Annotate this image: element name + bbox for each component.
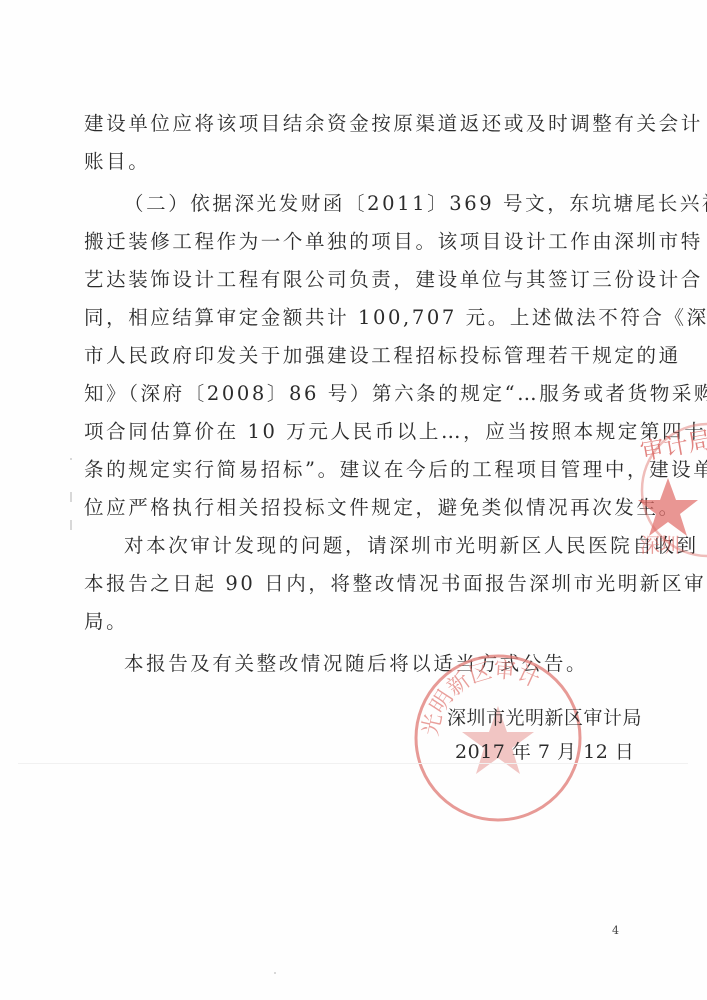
body-line-2: 账目。 [84,150,150,174]
paragraph-3-line-3: 局。 [84,610,128,634]
paragraph-2-line-2: 搬迁装修工程作为一个单独的项目。该项目设计工作由深圳市特 [84,230,703,254]
paragraph-4-line-1: 本报告及有关整改情况随后将以适当方式公告。 [124,652,588,676]
scan-artifact [274,972,276,974]
document-page: 建设单位应将该项目结余资金按原渠道返还或及时调整有关会计 账目。 （二）依据深光… [0,0,707,1000]
paragraph-2-line-3: 艺达装饰设计工程有限公司负责，建设单位与其签订三份设计合 [84,268,703,292]
scan-fold-line [18,763,688,764]
scan-artifact [70,520,72,530]
paragraph-2-line-8: 条的规定实行简易招标”。建议在今后的工程项目管理中，建设单 [84,458,707,482]
paragraph-2-line-9: 位应严格执行相关招投标文件规定，避免类似情况再次发生。 [84,496,681,520]
issue-date: 2017 年 7 月 12 日 [455,740,634,764]
page-number: 4 [612,924,619,937]
paragraph-2-line-7: 项合同估算价在 10 万元人民币以上…，应当按照本规定第四十三 [84,420,707,444]
paragraph-3-line-2: 本报告之日起 90 日内，将整改情况书面报告深圳市光明新区审计 [84,572,707,596]
paragraph-2-line-5: 市人民政府印发关于加强建设工程招标投标管理若干规定的通 [84,344,681,368]
paragraph-3-line-1: 对本次审计发现的问题，请深圳市光明新区人民医院自收到 [124,534,699,558]
scan-artifact [70,492,72,502]
paragraph-2-line-1: （二）依据深光发财函〔2011〕369 号文，东坑塘尾长兴社康 [124,192,707,216]
scan-artifact [70,458,72,460]
body-line-1: 建设单位应将该项目结余资金按原渠道返还或及时调整有关会计 [84,112,703,136]
paragraph-2-line-6: 知》（深府〔2008〕86 号）第六条的规定“…服务或者货物采购单 [84,382,707,406]
issuer-signature: 深圳市光明新区审计局 [447,706,642,730]
paragraph-2-line-4: 同，相应结算审定金额共计 100,707 元。上述做法不符合《深圳 [84,306,707,330]
